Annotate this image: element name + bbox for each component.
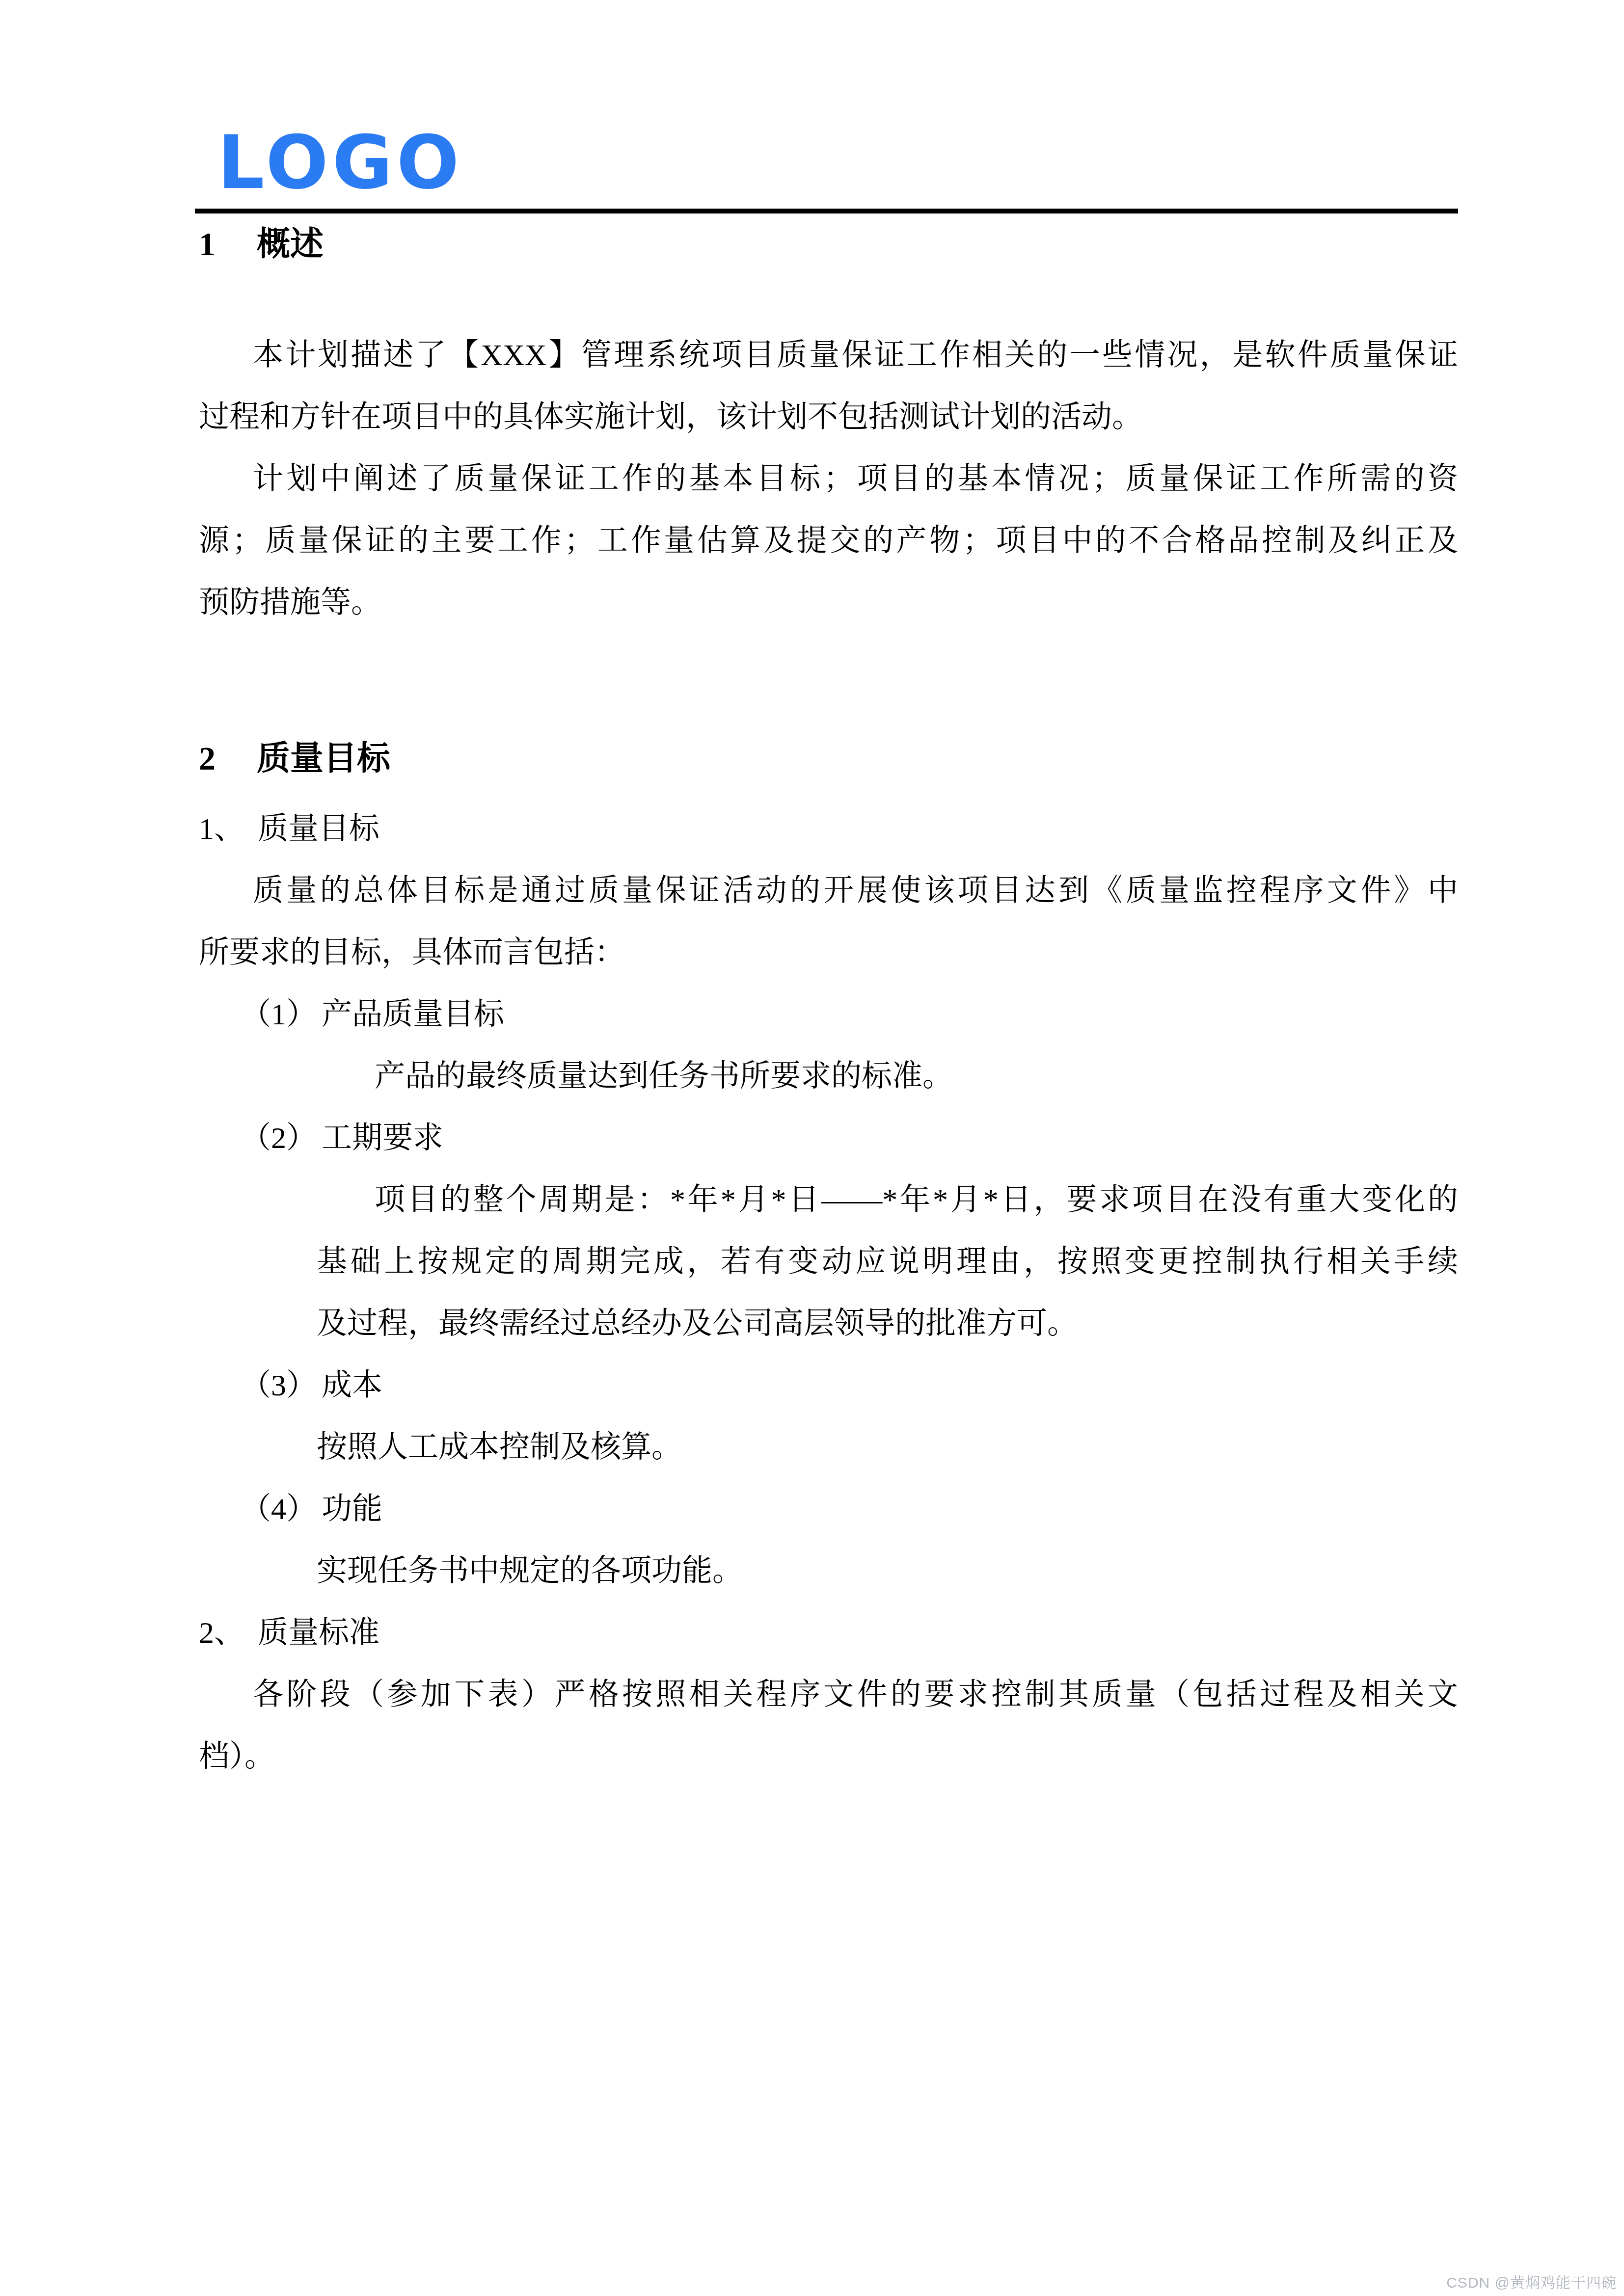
list-item-heading: （1）产品质量目标 [199, 984, 1458, 1045]
subsection-heading: 1、质量目标 [199, 798, 1458, 860]
list-item-heading: （4）功能 [199, 1478, 1458, 1540]
section1-heading: 1概述 [199, 223, 1458, 265]
list-item-number: （4） [241, 1478, 322, 1540]
header-rule [195, 209, 1458, 214]
subsection-title: 质量目标 [258, 812, 379, 846]
section1-number: 1 [199, 223, 257, 265]
section2-number: 2 [199, 738, 257, 779]
section1-body: 本计划描述了【XXX】管理系统项目质量保证工作相关的一些情况，是软件质量保证 过… [199, 324, 1458, 634]
paragraph-line: 基础上按规定的周期完成，若有变动应说明理由，按照变更控制执行相关手续 [199, 1231, 1458, 1293]
list-item-heading: （2）工期要求 [199, 1107, 1458, 1169]
company-logo: LOGO [217, 134, 463, 192]
list-item-title: 功能 [322, 1493, 382, 1526]
logo-row: LOGO [217, 134, 1458, 192]
list-item-number: （3） [241, 1355, 322, 1416]
paragraph-line: 及过程，最终需经过总经办及公司高层领导的批准方可。 [199, 1293, 1458, 1355]
paragraph-line: 预防措施等。 [199, 572, 1458, 634]
subsection-number: 2、 [199, 1602, 258, 1664]
section2-heading: 2质量目标 [199, 738, 1458, 779]
paragraph-line: 质量的总体目标是通过质量保证活动的开展使该项目达到《质量监控程序文件》中 [199, 860, 1458, 922]
csdn-watermark: CSDN @黄焖鸡能干四碗 [1446, 2270, 1617, 2292]
paragraph-line: 本计划描述了【XXX】管理系统项目质量保证工作相关的一些情况，是软件质量保证 [199, 324, 1458, 386]
paragraph-line: 按照人工成本控制及核算。 [199, 1416, 1458, 1478]
list-item-heading: （3）成本 [199, 1355, 1458, 1416]
document-page: LOGO 1概述 本计划描述了【XXX】管理系统项目质量保证工作相关的一些情况，… [0, 0, 1624, 1788]
paragraph-line: 计划中阐述了质量保证工作的基本目标；项目的基本情况；质量保证工作所需的资 [199, 448, 1458, 510]
paragraph-line: 所要求的目标，具体而言包括： [199, 922, 1458, 984]
paragraph-line: 各阶段（参加下表）严格按照相关程序文件的要求控制其质量（包括过程及相关文 [199, 1664, 1458, 1726]
paragraph-line: 过程和方针在项目中的具体实施计划，该计划不包括测试计划的活动。 [199, 386, 1458, 448]
list-item-title: 成本 [322, 1369, 382, 1402]
subsection-heading: 2、质量标准 [199, 1602, 1458, 1664]
paragraph-line: 产品的最终质量达到任务书所要求的标准。 [199, 1045, 1458, 1107]
list-item-title: 工期要求 [322, 1121, 443, 1155]
list-item-number: （1） [241, 984, 322, 1045]
section1-title: 概述 [257, 225, 324, 263]
list-item-title: 产品质量目标 [322, 998, 504, 1031]
section2-body: 1、质量目标 质量的总体目标是通过质量保证活动的开展使该项目达到《质量监控程序文… [199, 798, 1458, 1788]
section2-title: 质量目标 [257, 740, 390, 777]
paragraph-line: 源；质量保证的主要工作；工作量估算及提交的产物；项目中的不合格品控制及纠正及 [199, 510, 1458, 572]
paragraph-line: 项目的整个周期是：*年*月*日——*年*月*日，要求项目在没有重大变化的 [199, 1169, 1458, 1231]
subsection-title: 质量标准 [258, 1616, 379, 1650]
paragraph-line: 实现任务书中规定的各项功能。 [199, 1540, 1458, 1602]
list-item-number: （2） [241, 1107, 322, 1169]
paragraph-line: 档）。 [199, 1726, 1458, 1788]
subsection-number: 1、 [199, 798, 258, 860]
